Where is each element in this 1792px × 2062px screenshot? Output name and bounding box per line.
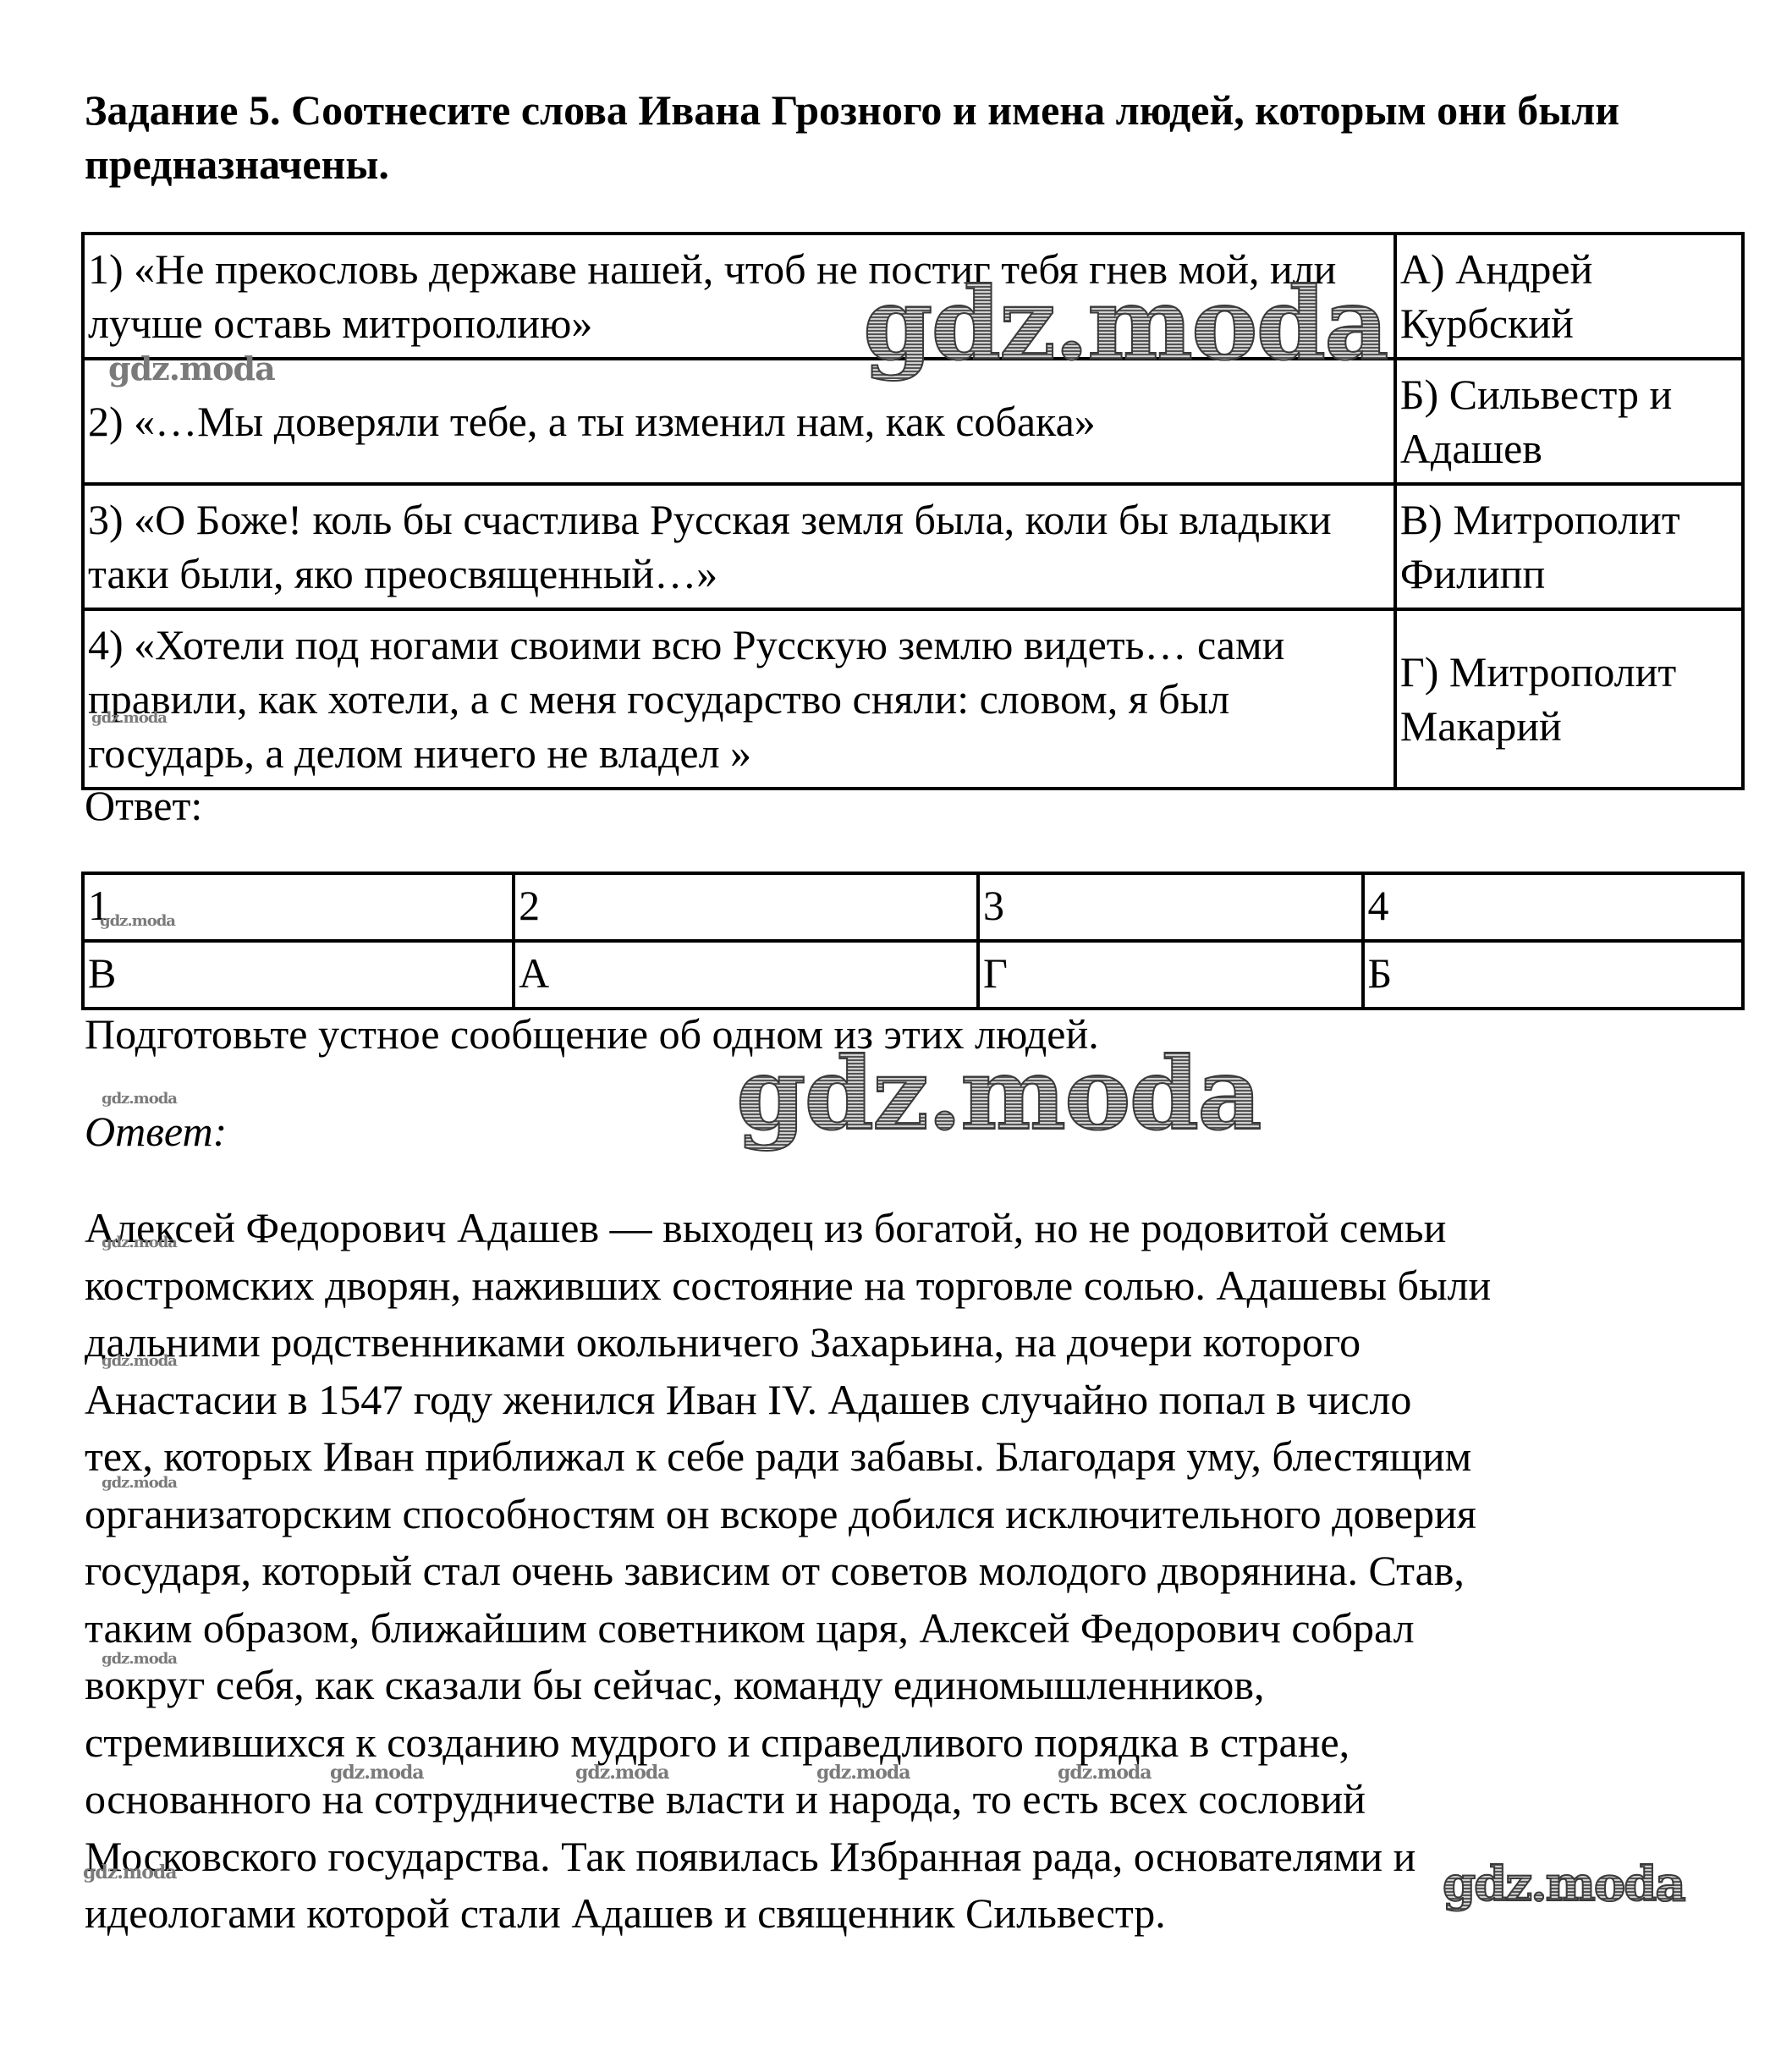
matching-row: 3) «О Боже! коль бы счастлива Русская зе… (83, 484, 1743, 609)
matching-row: 4) «Хотели под ногами своими всю Русскую… (83, 609, 1743, 789)
essay-line: организаторским способностям он вскоре д… (85, 1486, 1743, 1543)
answer-value-cell: В (83, 941, 514, 1009)
watermark-small: gdz.moda (102, 1234, 177, 1251)
watermark-small: gdz.moda (91, 709, 167, 727)
name-cell: В) Митрополит Филипп (1395, 484, 1743, 609)
quote-cell: 4) «Хотели под ногами своими всю Русскую… (83, 609, 1395, 789)
answer-header-row: 1 2 3 4 (83, 873, 1743, 941)
watermark-large: gdz.moda (736, 1039, 1261, 1149)
essay-line: Анастасии в 1547 году женился Иван IV. А… (85, 1372, 1743, 1429)
watermark-small: gdz.moda (102, 1474, 177, 1492)
answer-label: Ответ: (85, 778, 202, 833)
answer-value-cell: Б (1363, 941, 1744, 1009)
quote-cell: 3) «О Боже! коль бы счастлива Русская зе… (83, 484, 1395, 609)
answer-heading-italic: Ответ: (85, 1104, 227, 1158)
watermark-small: gdz.moda (83, 1861, 177, 1883)
essay-line: тех, которых Иван приближал к себе ради … (85, 1428, 1743, 1486)
answer-header-cell: 1 (83, 873, 514, 941)
watermark-small: gdz.moda (330, 1762, 424, 1784)
essay-paragraph: Алексей Федорович Адашев — выходец из бо… (85, 1200, 1743, 1943)
watermark-small: gdz.moda (102, 1352, 177, 1370)
watermark-small: gdz.moda (100, 912, 175, 930)
watermark-small: gdz.moda (816, 1762, 910, 1784)
essay-line: государя, который стал очень зависим от … (85, 1542, 1743, 1600)
name-cell: А) Андрей Курбский (1395, 234, 1743, 359)
essay-line: костромских дворян, наживших состояние н… (85, 1257, 1743, 1315)
answer-header-cell: 4 (1363, 873, 1744, 941)
answer-table: 1 2 3 4 В А Г Б (81, 872, 1745, 1010)
watermark-small: gdz.moda (575, 1762, 669, 1784)
essay-line: таким образом, ближайшим советником царя… (85, 1600, 1743, 1658)
watermark-small: gdz.moda (1058, 1762, 1152, 1784)
name-cell: Г) Митрополит Макарий (1395, 609, 1743, 789)
essay-line: Алексей Федорович Адашев — выходец из бо… (85, 1200, 1743, 1257)
answer-value-cell: Г (978, 941, 1362, 1009)
essay-line: дальними родственниками окольничего Заха… (85, 1314, 1743, 1372)
answer-value-cell: А (514, 941, 978, 1009)
watermark-medium: gdz.moda (1443, 1857, 1685, 1911)
watermark-large: gdz.moda (863, 269, 1388, 379)
watermark-small: gdz.moda (102, 1650, 177, 1668)
task-title: Задание 5. Соотнесите слова Ивана Грозно… (85, 83, 1709, 191)
answer-header-cell: 2 (514, 873, 978, 941)
name-cell: Б) Сильвестр и Адашев (1395, 359, 1743, 484)
answer-value-row: В А Г Б (83, 941, 1743, 1009)
essay-line: вокруг себя, как сказали бы сейчас, кома… (85, 1657, 1743, 1714)
watermark-small: gdz.moda (108, 350, 275, 388)
answer-header-cell: 3 (978, 873, 1362, 941)
watermark-small: gdz.moda (102, 1090, 177, 1108)
